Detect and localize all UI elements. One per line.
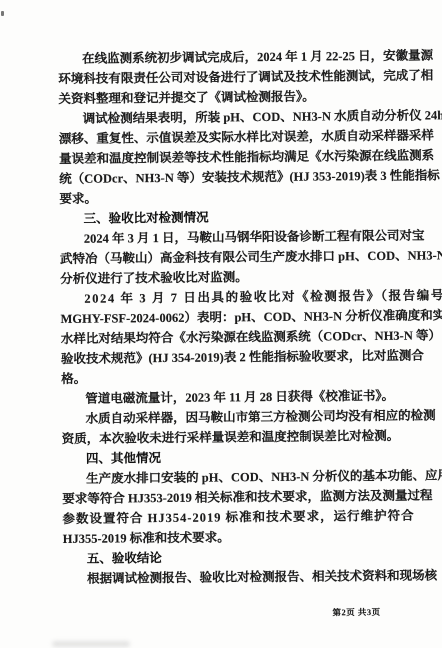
scan-mark [1,11,4,16]
document-body: 在线监测系统初步调试完成后，2024 年 1 月 22-25 日，安徽量源 环境… [58,45,430,624]
doc-line: 参数设置符合 HJ354-2019 标准和技术要求，运行维护符合 [62,505,428,529]
scanned-document-page: 在线监测系统初步调试完成后，2024 年 1 月 22-25 日，安徽量源 环境… [0,0,442,648]
doc-line: 资质，本次验收未进行采样量误差和温度控制误差比对检测。 [62,425,428,449]
doc-line: 验收技术规范》(HJ 354-2019)表 2 性能指标验收要求，比对监测合 [61,345,427,369]
doc-line: 武特冶（马鞍山）高金科技有限公司生产废水排口 pH、COD、NH3-N [60,245,426,269]
doc-line: 环境科技有限责任公司对设备进行了调试及技术性能测试，完成了相 [58,65,424,89]
doc-line: 根据调试检测报告、验收比对检测报告、相关技术资料和现场核 [63,565,429,589]
doc-line: 统（CODcr、NH3-N 等）安装技术规范》(HJ 353-2019)表 3 … [59,165,425,189]
page-number: 第2页 共3页 [332,601,429,622]
scan-smudge [52,641,130,647]
